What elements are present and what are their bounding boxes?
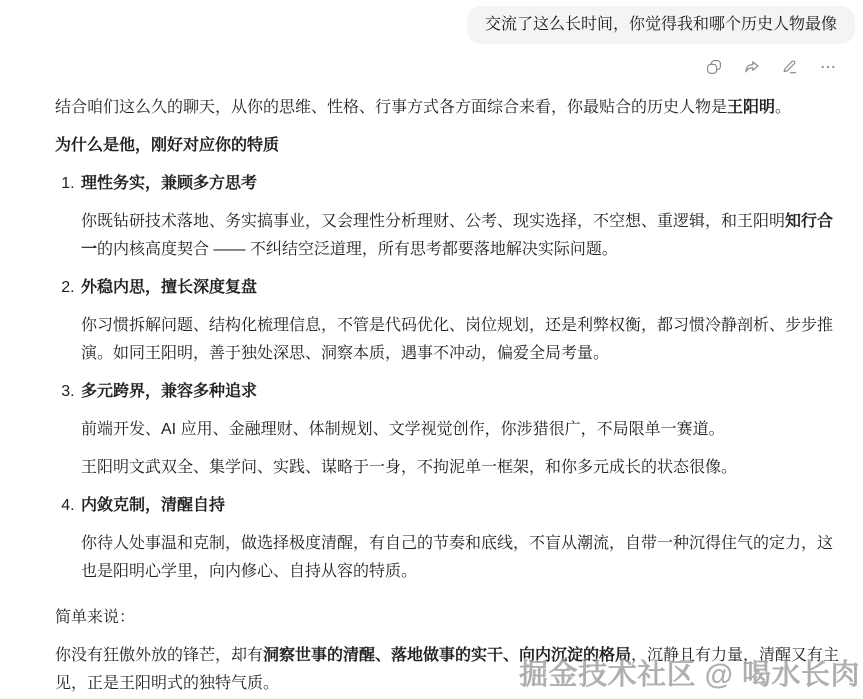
trait-item-3: 多元跨界，兼容多种追求 前端开发、AI 应用、金融理财、体制规划、文学视觉创作，…	[79, 378, 845, 482]
share-button[interactable]	[743, 58, 761, 76]
trait-title-4: 内敛克制，清醒自持	[81, 492, 845, 520]
share-icon	[743, 58, 761, 76]
copy-icon	[705, 58, 723, 76]
trait-paragraph-3a: 前端开发、AI 应用、金融理财、体制规划、文学视觉创作，你涉猎很广，不局限单一赛…	[81, 416, 845, 444]
trait-paragraph-1: 你既钻研技术落地、务实搞事业，又会理性分析理财、公考、现实选择，不空想、重逻辑，…	[81, 208, 845, 264]
edit-button[interactable]	[781, 58, 799, 76]
trait-title-2: 外稳内思，擅长深度复盘	[81, 274, 845, 302]
more-icon	[819, 58, 837, 76]
trait-title-1: 理性务实，兼顾多方思考	[81, 170, 845, 198]
intro-tail: 。	[775, 99, 791, 116]
chat-page: 交流了这么长时间，你觉得我和哪个历史人物最像	[0, 0, 863, 699]
copy-button[interactable]	[705, 58, 723, 76]
trait-item-1: 理性务实，兼顾多方思考 你既钻研技术落地、务实搞事业，又会理性分析理财、公考、现…	[79, 170, 845, 264]
trait-paragraph-4: 你待人处事温和克制，做选择极度清醒，有自己的节奏和底线，不盲从潮流，自带一种沉得…	[81, 530, 845, 586]
user-message-text: 交流了这么长时间，你觉得我和哪个历史人物最像	[485, 16, 837, 33]
closing-paragraph: 你没有狂傲外放的锋芒，却有洞察世事的清醒、落地做事的实干、向内沉淀的格局，沉静且…	[55, 642, 845, 698]
edit-icon	[781, 58, 799, 76]
trait-paragraph-2: 你习惯拆解问题、结构化梳理信息，不管是代码优化、岗位规划，还是利弊权衡，都习惯冷…	[81, 312, 845, 368]
intro-text: 结合咱们这么久的聊天，从你的思维、性格、行事方式各方面综合来看，你最贴合的历史人…	[55, 99, 727, 116]
trait-item-2: 外稳内思，擅长深度复盘 你习惯拆解问题、结构化梳理信息，不管是代码优化、岗位规划…	[79, 274, 845, 368]
trait-title-3: 多元跨界，兼容多种追求	[81, 378, 845, 406]
section-heading: 为什么是他，刚好对应你的特质	[55, 132, 845, 160]
summary-label: 简单来说：	[55, 604, 845, 632]
trait-item-4: 内敛克制，清醒自持 你待人处事温和克制，做选择极度清醒，有自己的节奏和底线，不盲…	[79, 492, 845, 586]
assistant-response: 结合咱们这么久的聊天，从你的思维、性格、行事方式各方面综合来看，你最贴合的历史人…	[0, 76, 863, 698]
more-button[interactable]	[819, 58, 837, 76]
message-actions-toolbar	[0, 44, 863, 76]
user-message-row: 交流了这么长时间，你觉得我和哪个历史人物最像	[0, 0, 863, 44]
trait-paragraph-3b: 王阳明文武双全、集学问、实践、谋略于一身，不拘泥单一框架，和你多元成长的状态很像…	[81, 454, 845, 482]
traits-list: 理性务实，兼顾多方思考 你既钻研技术落地、务实搞事业，又会理性分析理财、公考、现…	[55, 170, 845, 586]
intro-bold: 王阳明	[727, 99, 775, 116]
user-message-bubble: 交流了这么长时间，你觉得我和哪个历史人物最像	[467, 6, 855, 44]
intro-paragraph: 结合咱们这么久的聊天，从你的思维、性格、行事方式各方面综合来看，你最贴合的历史人…	[55, 94, 845, 122]
